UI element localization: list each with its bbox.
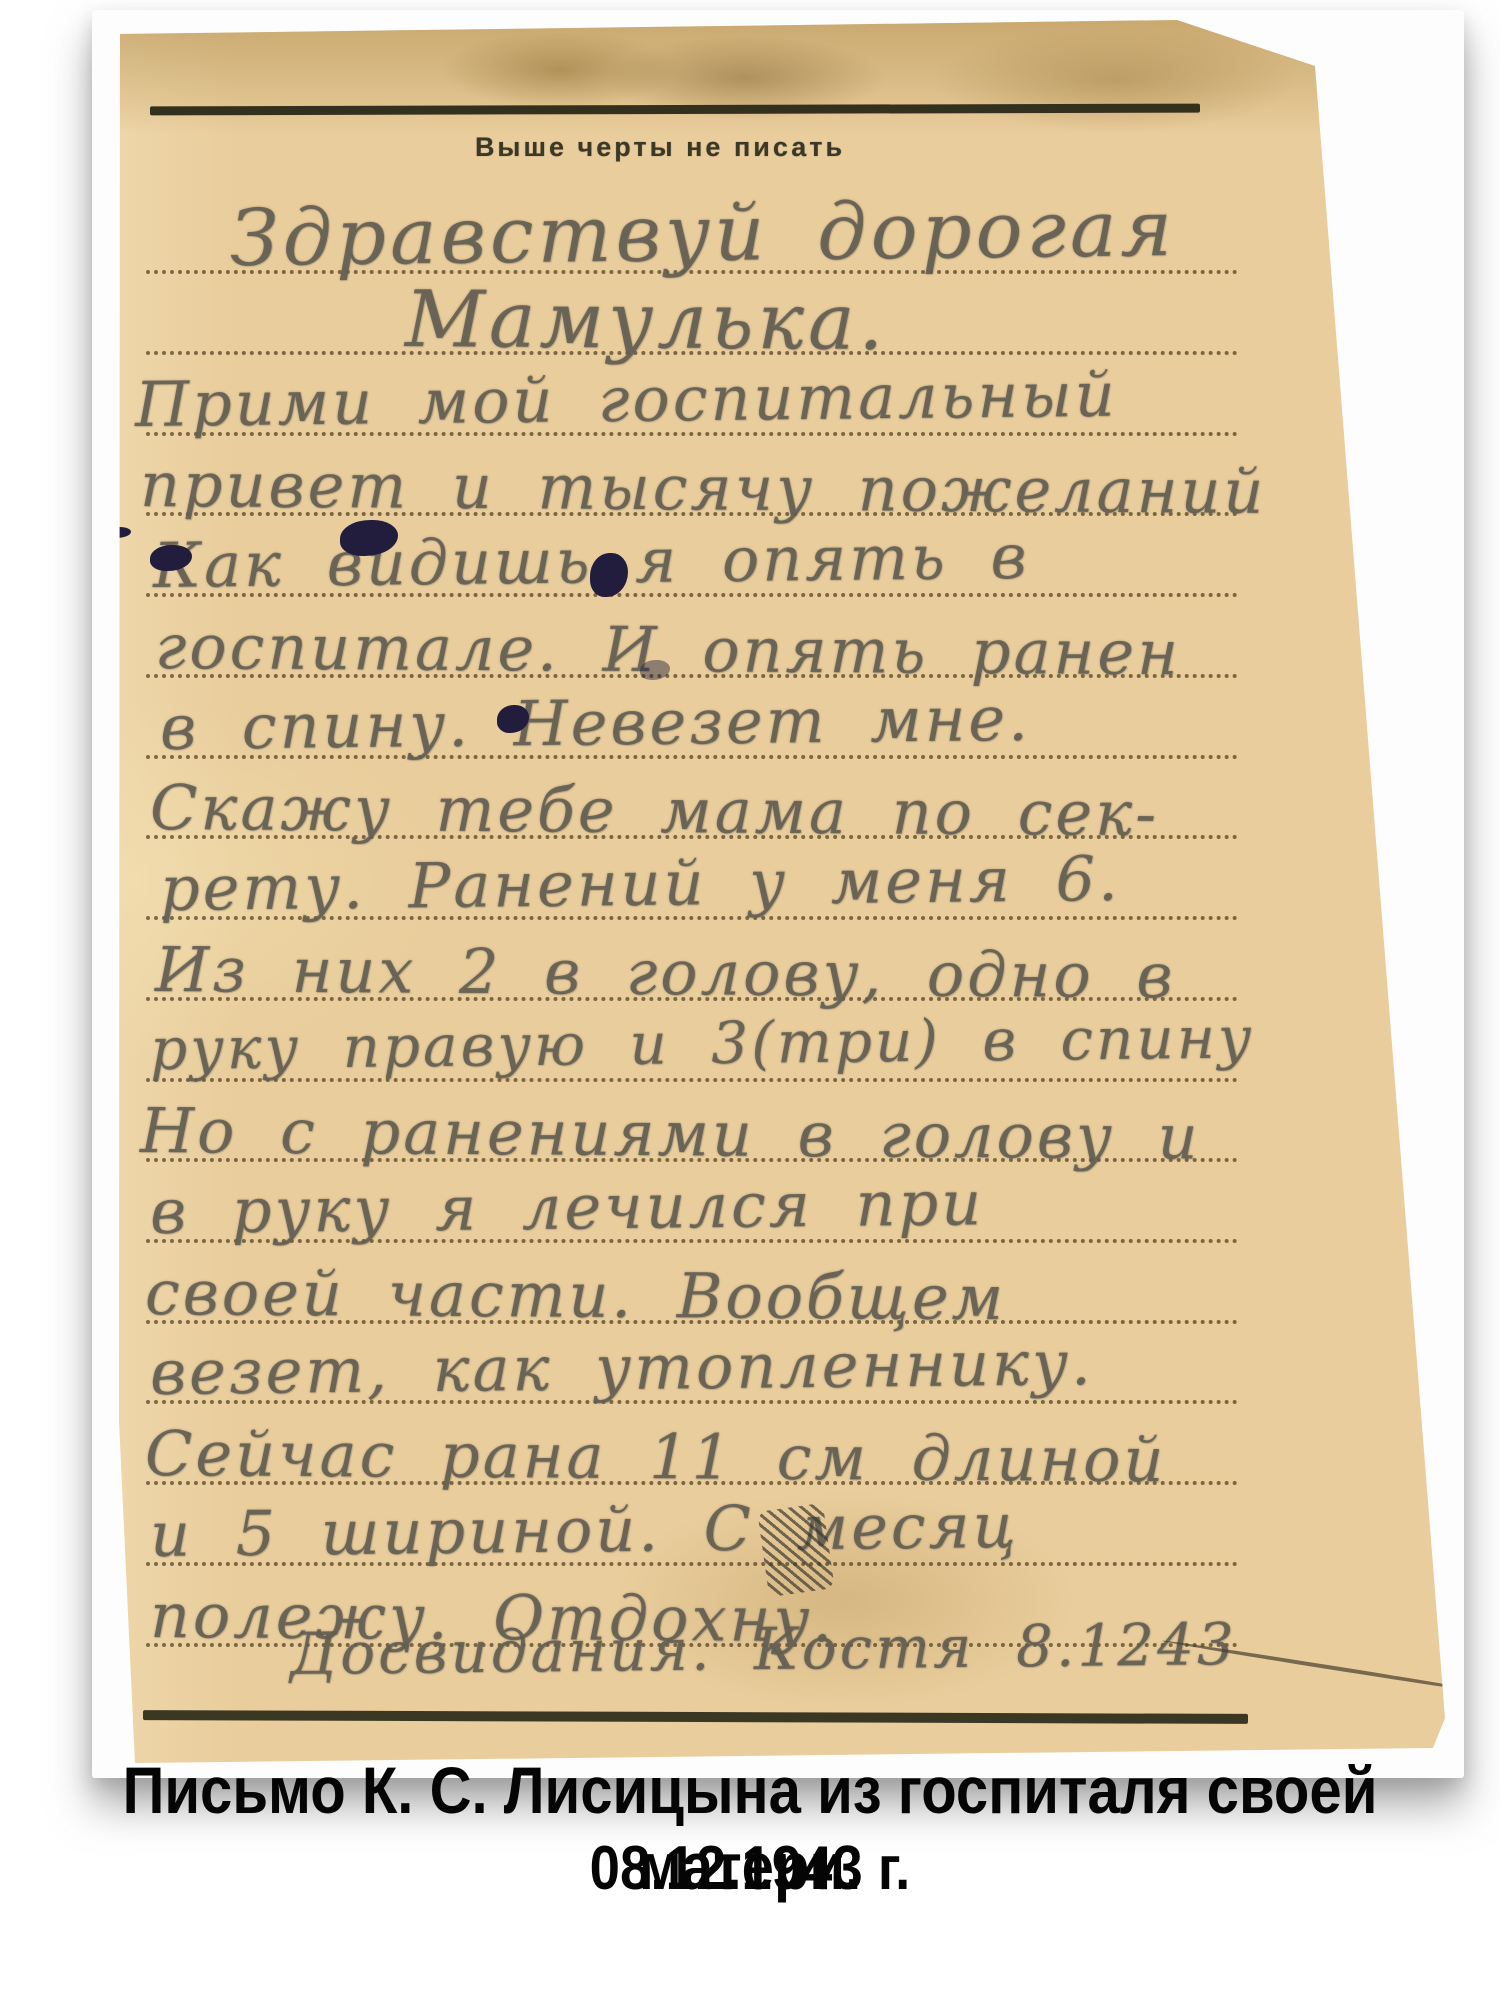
handwritten-line: Мамулька. — [405, 281, 888, 362]
handwritten-line: своей части. Вообщем — [145, 1262, 1006, 1329]
handwritten-line: Сейчас рана 11 см длиной — [145, 1423, 1167, 1491]
handwritten-line: Здравствуй дорогая — [230, 190, 1177, 278]
handwritten-line: Скажу тебе мама по сек- — [150, 777, 1159, 845]
letter-paper: Выше черты не писать Здравствуй дорогая … — [105, 20, 1450, 1765]
handwritten-line: руку правую и 3(три) в спину — [150, 1008, 1255, 1078]
handwritten-line: привет и тысячу пожеланий — [140, 454, 1267, 523]
handwritten-line: и 5 шириной. С месяц — [150, 1495, 1019, 1566]
handwritten-line: в руку я лечился при — [150, 1172, 985, 1243]
crossed-out-scribble — [757, 1503, 834, 1597]
caption-date: 08.12.1943 г. — [90, 1833, 1410, 1904]
handwritten-line: Но с ранениями в голову и — [140, 1100, 1201, 1168]
handwritten-line: Прими мой госпитальный — [135, 364, 1118, 436]
handwritten-line: рету. Ранений у меня 6. — [160, 848, 1121, 920]
handwritten-line: в спину. Невезет мне. — [160, 688, 1031, 759]
handwritten-line: везет, как утопленнику. — [150, 1332, 1094, 1404]
no-write-instruction: Выше черты не писать — [260, 132, 1060, 163]
handwritten-line: госпитале. И опять ранен — [155, 616, 1181, 684]
screenshot-page: Выше черты не писать Здравствуй дорогая … — [0, 0, 1500, 2000]
handwritten-line: Из них 2 в голову, одно в — [155, 939, 1176, 1007]
bottom-border-rule — [143, 1710, 1248, 1724]
top-border-rule — [150, 104, 1200, 116]
signature-line: Досвидания. Костя 8.1243 — [290, 1615, 1237, 1683]
